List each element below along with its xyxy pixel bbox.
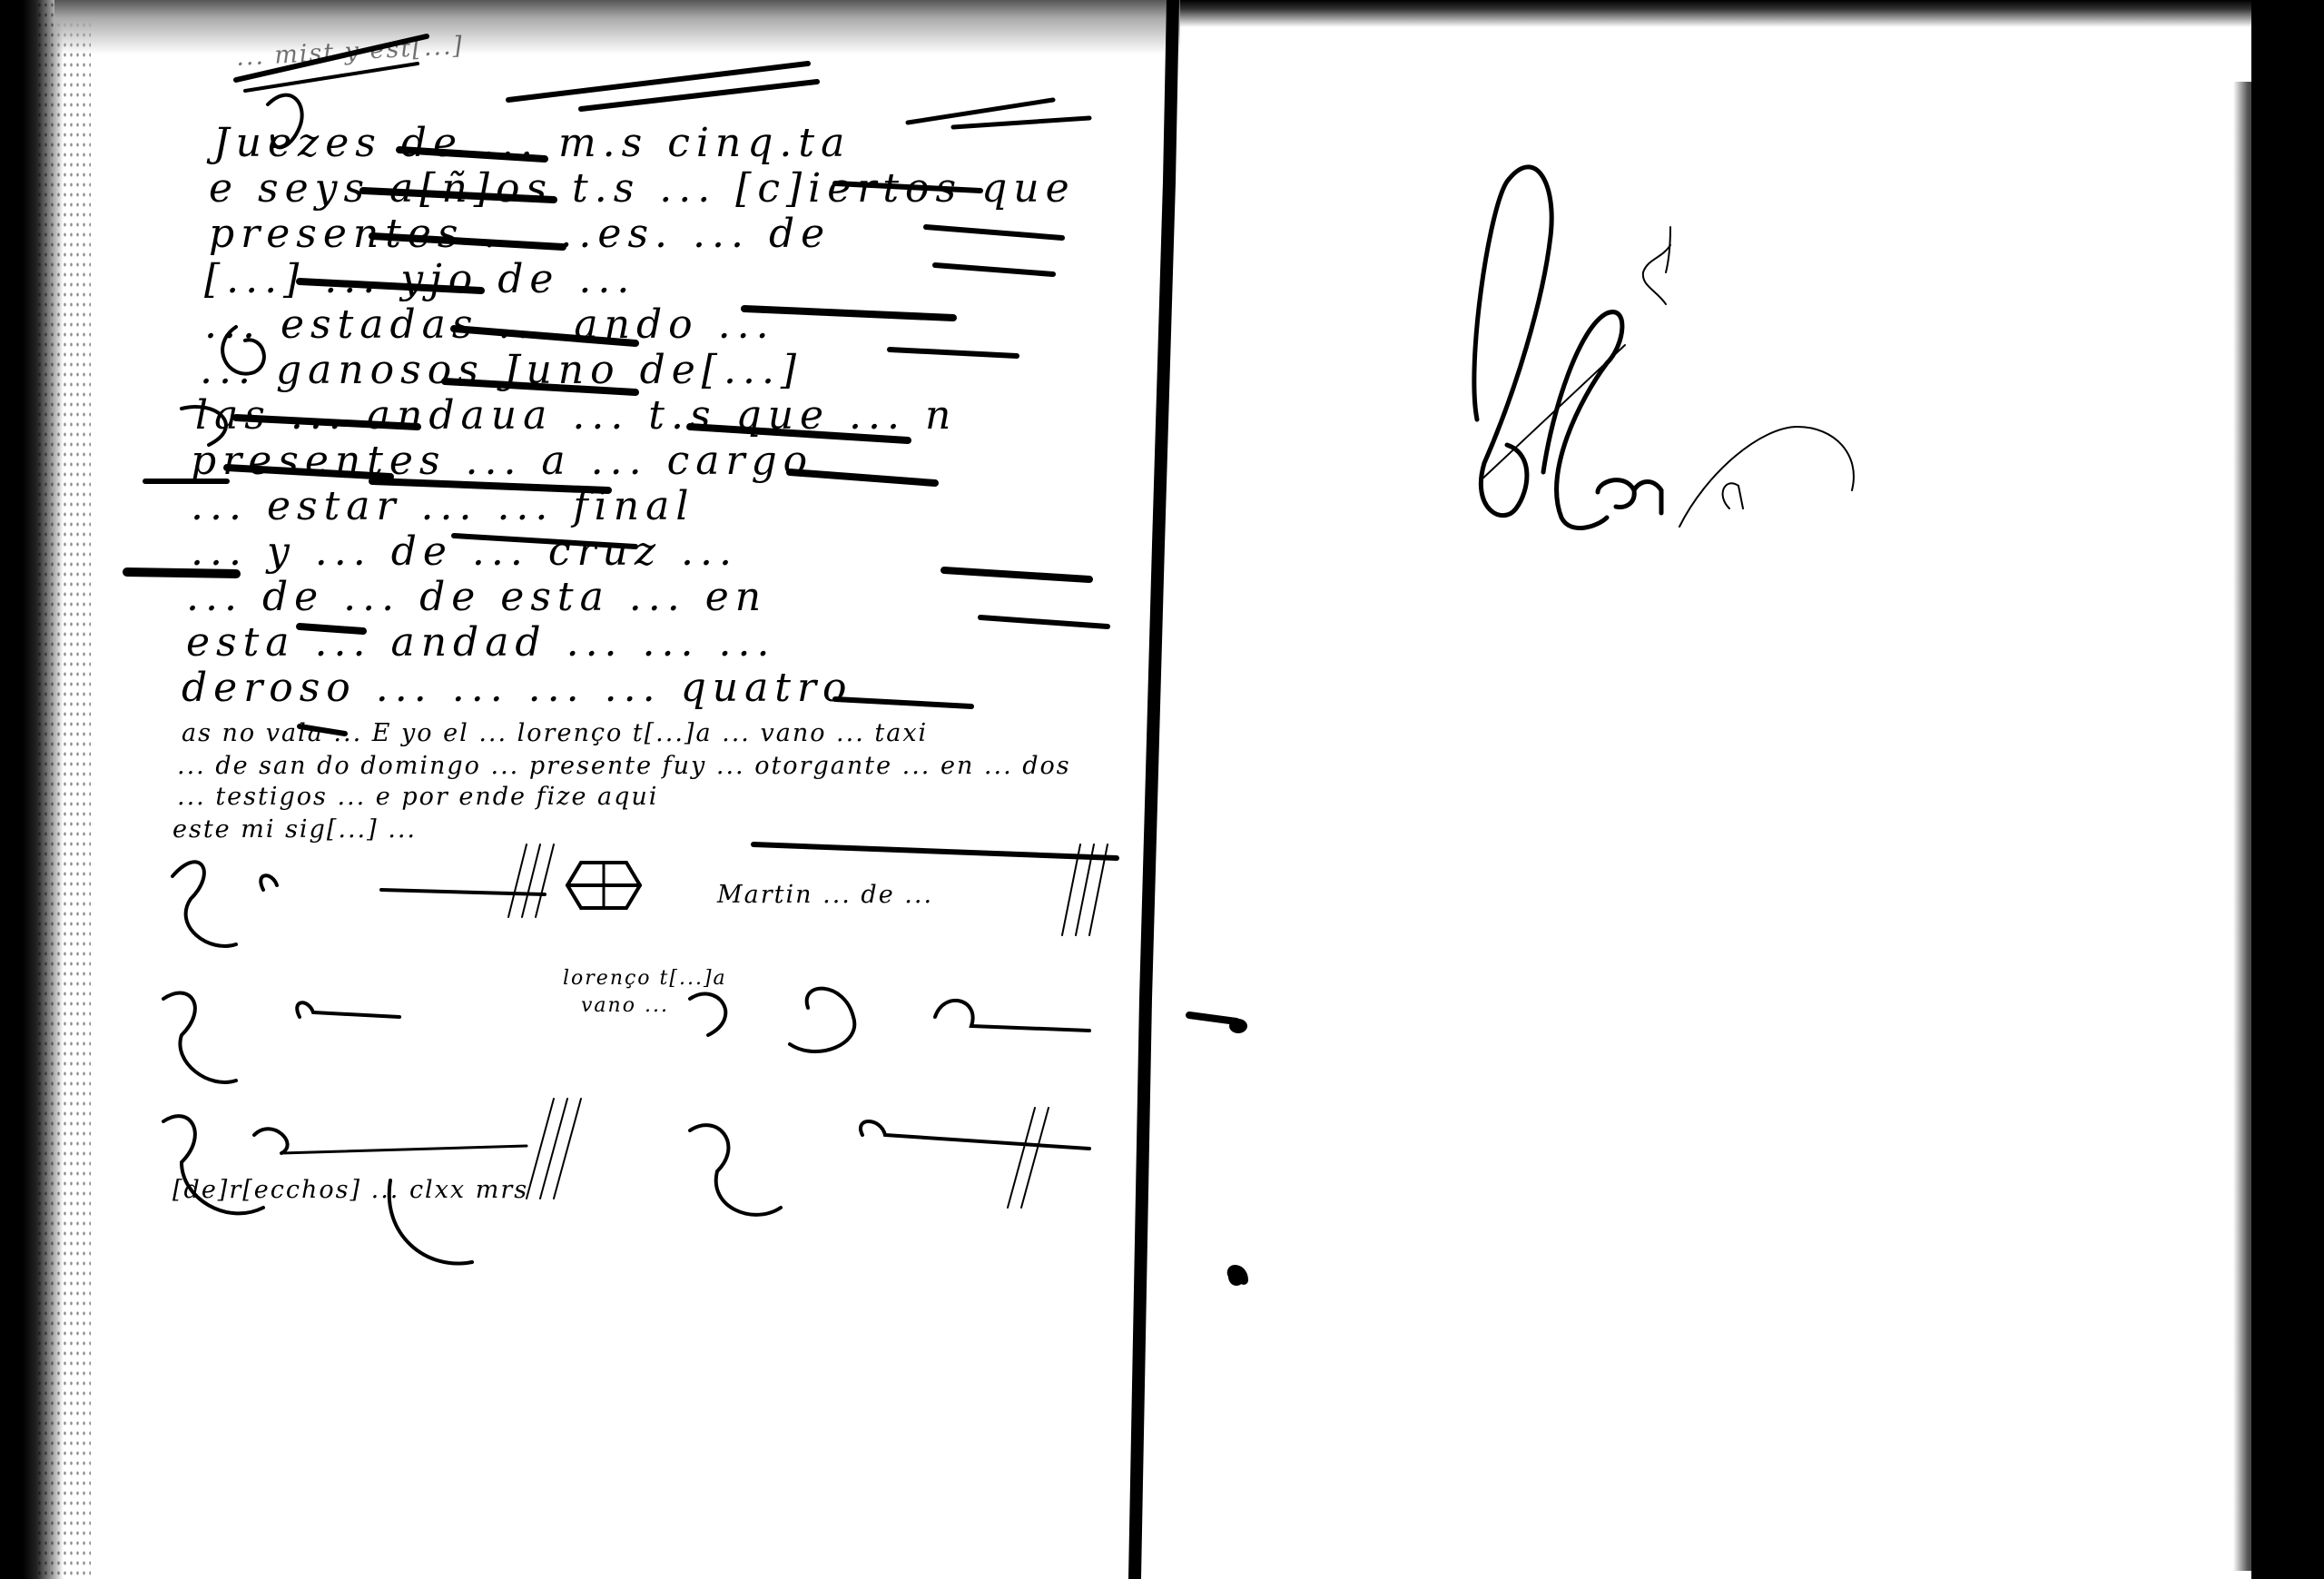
manuscript-line: as no vala ... E yo el ... lorenço t[...… bbox=[182, 719, 928, 747]
left-page: ... mist y est[...] Juezes de ... m.s ci… bbox=[54, 18, 1126, 1562]
manuscript-line: ... testigos ... e por ende fize aqui bbox=[177, 783, 658, 811]
manuscript-line: ... estadas ... ando ... bbox=[204, 301, 775, 348]
manuscript-line: Juezes de ... m.s cinq.ta bbox=[213, 120, 851, 166]
manuscript-line: este mi sig[...] ... bbox=[172, 815, 417, 844]
manuscript-line: deroso ... ... ... ... quatro bbox=[182, 665, 853, 711]
manuscript-line: e seys a[ñ]os t.s ... [c]iertos que bbox=[209, 165, 1076, 212]
manuscript-line: [...] ... yjo de ... bbox=[204, 256, 635, 302]
manuscript-line: presentes ... a ... cargo bbox=[191, 438, 813, 484]
right-page: blanca bbox=[1153, 18, 2242, 1562]
manuscript-line: las ... andaua ... t.s que ... n bbox=[195, 392, 957, 439]
manuscript-line: ... ganosos Juno de[...] bbox=[200, 347, 803, 393]
manuscript-line: ... estar ... ... final bbox=[191, 483, 694, 529]
manuscript-line: ... y ... de ... cruz ... bbox=[191, 528, 738, 575]
manuscript-line: ... de ... de esta ... en bbox=[186, 574, 767, 620]
signature-martin: Martin ... de ... bbox=[717, 881, 933, 909]
manuscript-line: esta ... andad ... ... ... bbox=[186, 619, 775, 666]
manuscript-line: ... de san do domingo ... presente fuy .… bbox=[177, 752, 1071, 780]
manuscript-spread: ... mist y est[...] Juezes de ... m.s ci… bbox=[0, 0, 2324, 1579]
fee-note: [de]r[ecchos] ... clxx mrs bbox=[172, 1176, 528, 1204]
header-note: ... mist y est[...] bbox=[235, 32, 464, 72]
manuscript-line: presentes ... ..es. ... de bbox=[209, 211, 831, 257]
signature-lorenzo: lorenço t[...]a bbox=[563, 967, 727, 990]
signature-lorenzo-subline: vano ... bbox=[581, 994, 669, 1017]
